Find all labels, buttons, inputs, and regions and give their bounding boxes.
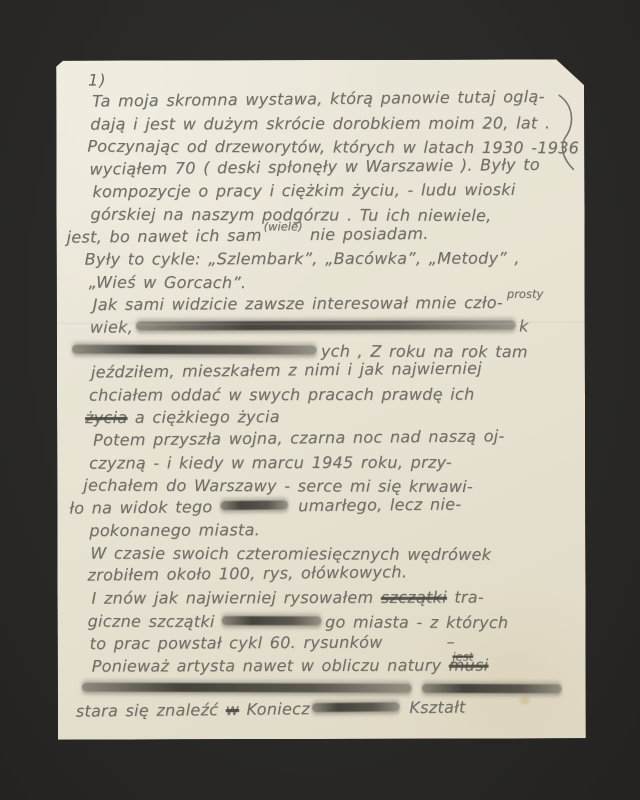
manuscript-line: jeździłem, mieszkałem z nimi i jak najwi… xyxy=(91,358,585,386)
handwritten-text: tra- xyxy=(447,588,484,607)
handwritten-text: a ciężkiego życia xyxy=(127,407,279,427)
handwritten-text: giczne szczątki xyxy=(88,611,223,630)
handwritten-text: I znów jak najwierniej rysowałem xyxy=(91,588,380,608)
scribble-strikeout xyxy=(220,500,288,510)
scribble-strikeout xyxy=(222,616,322,625)
handwritten-text: stara się znaleźć xyxy=(76,700,226,721)
handwritten-text: to prac powstał cykl 60. rysunków xyxy=(90,633,383,654)
handwritten-text: kompozycje o pracy i ciężkim życiu, - lu… xyxy=(92,180,515,201)
handwritten-text: czyzną - i kiedy w marcu 1945 roku, przy… xyxy=(89,452,452,472)
manuscript-line: kompozycje o pracy i ciężkim życiu, - lu… xyxy=(92,180,584,205)
manuscript-line: Potem przyszła wojna, czarna noc nad nas… xyxy=(93,425,585,453)
handwritten-text: W czasie swoich czteromiesięcznych wędró… xyxy=(90,543,491,563)
inserted-word: (wiele) xyxy=(264,219,303,233)
scribble-strikeout xyxy=(312,702,400,712)
inserted-word: prosty xyxy=(507,287,543,301)
manuscript-line: jest, bo nawet ich sam(wiele) nie posiad… xyxy=(66,222,584,250)
manuscript-line: dają i jest w dużym skrócie dorobkiem mo… xyxy=(90,113,584,137)
manuscript-page: 1) Ta moja skromna wystawa, którą panowi… xyxy=(56,59,586,739)
handwritten-text: ło na widok tego xyxy=(69,497,220,518)
handwritten-text: wiek, xyxy=(90,317,133,336)
handwritten-text: pokonanego miasta. xyxy=(89,520,260,540)
handwritten-text: Koniecz xyxy=(239,699,310,719)
manuscript-line: chciałem oddać w swych pracach prawdę ic… xyxy=(89,384,585,408)
photo-background: { "scene": { "background_color": "#2c2b2… xyxy=(0,0,640,800)
scribble-strikeout xyxy=(136,320,516,330)
manuscript-line: zrobiłem około 100, rys, ołówkowych. xyxy=(87,561,585,589)
handwritten-text: Potem przyszła wojna, czarna noc nad nas… xyxy=(93,426,505,449)
manuscript-line: wyciąłem 70 ( deski spłonęły w Warszawie… xyxy=(89,154,584,182)
manuscript-line: pokonanego miasta. xyxy=(89,519,585,544)
handwritten-text: Kształt xyxy=(402,698,466,718)
manuscript-line: I znów jak najwierniej rysowałem szczątk… xyxy=(91,587,585,611)
handwritten-text: w xyxy=(226,700,240,719)
handwritten-text: chciałem oddać w swych pracach prawdę ic… xyxy=(89,384,475,404)
inserted-word: jest xyxy=(452,649,473,663)
handwritten-text: – xyxy=(447,632,455,651)
handwritten-text: go miasta - z których xyxy=(325,612,508,632)
manuscript-line: Ponieważ artysta nawet w obliczu natury … xyxy=(92,655,586,679)
handwritten-text: wyciąłem 70 ( deski spłonęły w Warszawie… xyxy=(89,155,540,179)
manuscript-line: stara się znaleźć w Koniecz Kształt xyxy=(76,696,586,724)
handwritten-text: jest, bo nawet ich sam xyxy=(66,225,261,246)
handwritten-text: k xyxy=(519,316,529,335)
handwritten-text: Były to cykle: „Szlembark”, „Bacówka”, „… xyxy=(85,249,520,269)
manuscript-line: Jak sami widzicie zawsze interesował mni… xyxy=(93,293,585,318)
handwritten-text: dają i jest w dużym skrócie dorobkiem mo… xyxy=(90,113,550,133)
manuscript-line: wiek,k xyxy=(90,316,585,340)
handwritten-text: Ponieważ artysta nawet w obliczu natury xyxy=(92,656,449,676)
manuscript-line: to prac powstał cykl 60. rysunków– xyxy=(90,632,586,657)
handwritten-text: umarłego, lecz nie- xyxy=(291,494,462,515)
manuscript-line: ło na widok tego umarłego, lecz nie- xyxy=(69,493,585,521)
scribble-strikeout xyxy=(72,344,317,354)
page-number: 1) xyxy=(88,71,106,90)
manuscript-line: Były to cykle: „Szlembark”, „Bacówka”, „… xyxy=(85,248,585,272)
scribble-strikeout xyxy=(422,684,562,693)
handwritten-text: jechałem do Warszawy - serce mi się krwa… xyxy=(83,476,473,496)
handwritten-text: Ta moja skromna wystawa, którą panowie t… xyxy=(92,87,545,111)
handwritten-text: Jak sami widzicie zawsze interesował mni… xyxy=(93,293,503,314)
manuscript-lines: Ta moja skromna wystawa, którą panowie t… xyxy=(92,90,586,724)
handwritten-text: „Wieś w Gorcach”. xyxy=(89,272,247,292)
handwritten-text: szczątki xyxy=(381,588,447,607)
handwritten-text: nie posiadam. xyxy=(303,223,429,243)
manuscript-line: czyzną - i kiedy w marcu 1945 roku, przy… xyxy=(89,452,585,476)
scribble-strikeout xyxy=(82,683,412,693)
handwritten-text: jeździłem, mieszkałem z nimi i jak najwi… xyxy=(91,359,482,382)
handwritten-text: zrobiłem około 100, rys, ołówkowych. xyxy=(87,563,407,585)
handwritten-text: życia xyxy=(85,408,128,427)
manuscript-line: Ta moja skromna wystawa, którą panowie t… xyxy=(92,86,584,114)
